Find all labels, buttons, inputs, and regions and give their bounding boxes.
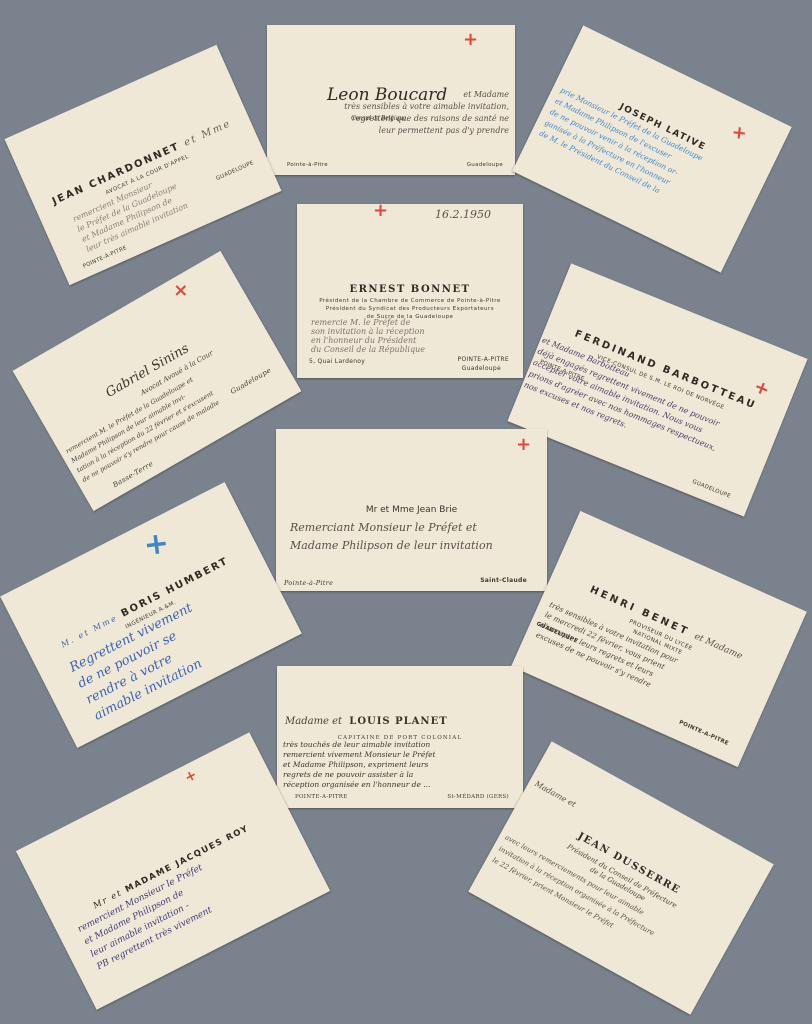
card-name-text: LOUIS PLANET [349, 716, 447, 727]
card-louis-planet: Madame et LOUIS PLANET CAPITAINE DE PORT… [277, 666, 523, 808]
card-handwriting: remercie M. le Préfet de son invitation … [311, 318, 521, 354]
card-boris-humbert: + M. et Mme BORIS HUMBERT INGÉNIEUR A.&M… [0, 482, 302, 748]
card-title-line-1: Président de la Chambre de Commerce de P… [297, 298, 523, 304]
red-cross-mark-icon: + [463, 31, 478, 49]
card-leon-boucard: + Leon Boucard et Madame très sensibles … [267, 25, 515, 175]
red-cross-mark-icon: + [516, 436, 531, 454]
card-title-line-2: Président du Syndicat des Producteurs Ex… [297, 306, 523, 312]
card-foot-right-1: POINTE-A-PITRE [458, 356, 509, 363]
card-name: Madame et LOUIS PLANET [285, 716, 448, 727]
card-foot-right: Guadeloupe [467, 162, 503, 168]
card-date: 16.2.1950 [435, 208, 491, 221]
card-foot-left: POINTE-A-PITRE [295, 794, 348, 800]
red-cross-mark-icon: + [182, 766, 201, 787]
card-henri-benet: HENRI BENET et Madame PROVISEUR DU LYCÉE… [511, 511, 807, 767]
card-name: ERNEST BONNET [297, 284, 523, 295]
card-gabriel-sinins: × Gabriel Sinins Avocat Avoué à la Cour … [13, 251, 302, 511]
card-foot-left: 5, Quai Lardenoy [309, 358, 365, 365]
card-ferdinand-barbotteau: + FERDINAND BARBOTTEAU VICE-CONSUL DE S.… [507, 263, 807, 516]
card-handwriting: très touchés de leur aimable invitation … [283, 740, 521, 790]
card-jean-brie: + Mr et Mme Jean Brie Remerciant Monsieu… [276, 429, 547, 591]
card-foot-left: Pointe-à-Pitre [284, 579, 333, 587]
red-cross-mark-icon: + [751, 378, 772, 400]
card-name-prefix: Madame et [285, 716, 342, 727]
blue-cross-mark-icon: + [142, 529, 171, 562]
card-ernest-bonnet: + 16.2.1950 ERNEST BONNET Président de l… [297, 204, 523, 378]
card-jean-chardonnet: JEAN CHARDONNET et Mme AVOCAT À LA COUR … [4, 45, 281, 286]
card-handwriting: Remerciant Monsieur le Préfet et Madame … [290, 519, 546, 555]
card-foot-left: Pointe-à-Pitre [287, 162, 328, 168]
card-foot-right-2: Guadeloupe [462, 365, 501, 372]
card-joseph-lative: + JOSEPH LATIVE prie Monsieur le Préfet … [512, 25, 792, 272]
red-cross-mark-icon: × [173, 282, 188, 300]
card-foot-right: Saint-Claude [480, 577, 527, 584]
card-name-prefix: Madame et [533, 779, 577, 809]
card-foot-right: GUADELOUPE [691, 479, 731, 500]
card-foot-right: St-MÉDARD (GERS) [447, 794, 509, 800]
card-handwriting: et Madame très sensibles à votre aimable… [289, 89, 509, 137]
card-foot-right: POINTE-A-PITRE [678, 720, 730, 747]
card-title: Consul de Belgique [351, 114, 406, 122]
card-name: Mr et Mme Jean Brie [276, 505, 547, 515]
red-cross-mark-icon: + [373, 202, 388, 220]
red-cross-mark-icon: + [731, 124, 748, 143]
